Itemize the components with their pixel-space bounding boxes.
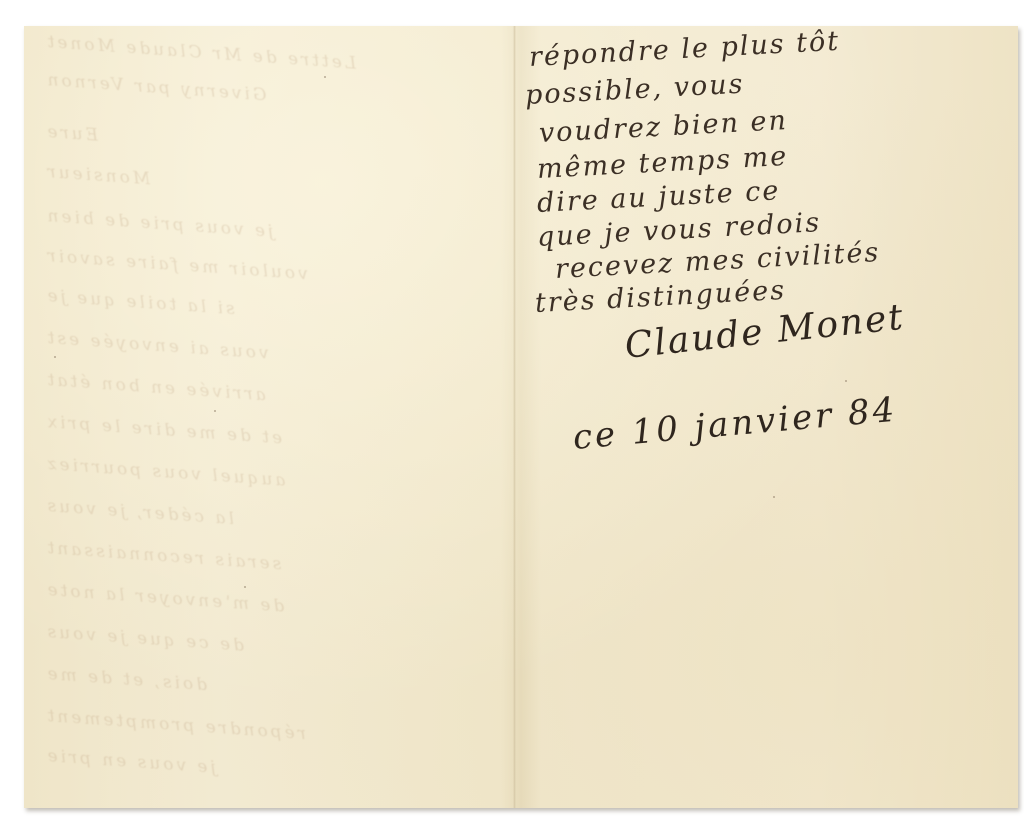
right-page: répondre le plus tôt possible, vous voud…: [515, 26, 1018, 808]
bleed-through-line: arrivée en bon état: [44, 370, 504, 422]
bleed-through-line: Monsieur: [44, 162, 504, 214]
bleed-through-line: la céder, je vous: [44, 496, 504, 548]
letter-line: répondre le plus tôt: [528, 26, 841, 73]
bleed-through-line: serais reconnaissant: [44, 538, 504, 590]
letter-sheet: Lettre de Mr Claude Monet Giverny par Ve…: [24, 26, 1018, 808]
bleed-through-line: et de me dire le prix: [44, 412, 504, 464]
paper-speck: [244, 586, 246, 588]
left-page: Lettre de Mr Claude Monet Giverny par Ve…: [24, 26, 515, 808]
bleed-through-line: vous ai envoyée est: [44, 328, 504, 380]
bleed-through-line: de ce que je vous: [44, 622, 504, 674]
paper-speck: [324, 76, 326, 78]
paper-speck: [54, 356, 56, 358]
bleed-through-line: dois, et de me: [44, 664, 504, 716]
letter-date: ce 10 janvier 84: [571, 390, 899, 458]
paper-speck: [845, 380, 847, 382]
paper-speck: [214, 410, 216, 412]
bleed-through-line: de m'envoyer la note: [44, 580, 504, 632]
bleed-through-line: je vous en prie: [44, 746, 504, 798]
bleed-through-line: si la toile que je: [44, 286, 504, 338]
paper-speck: [773, 496, 775, 498]
letter-line: possible, vous: [524, 69, 745, 111]
bleed-through-line: auquel vous pourriez: [44, 454, 504, 506]
